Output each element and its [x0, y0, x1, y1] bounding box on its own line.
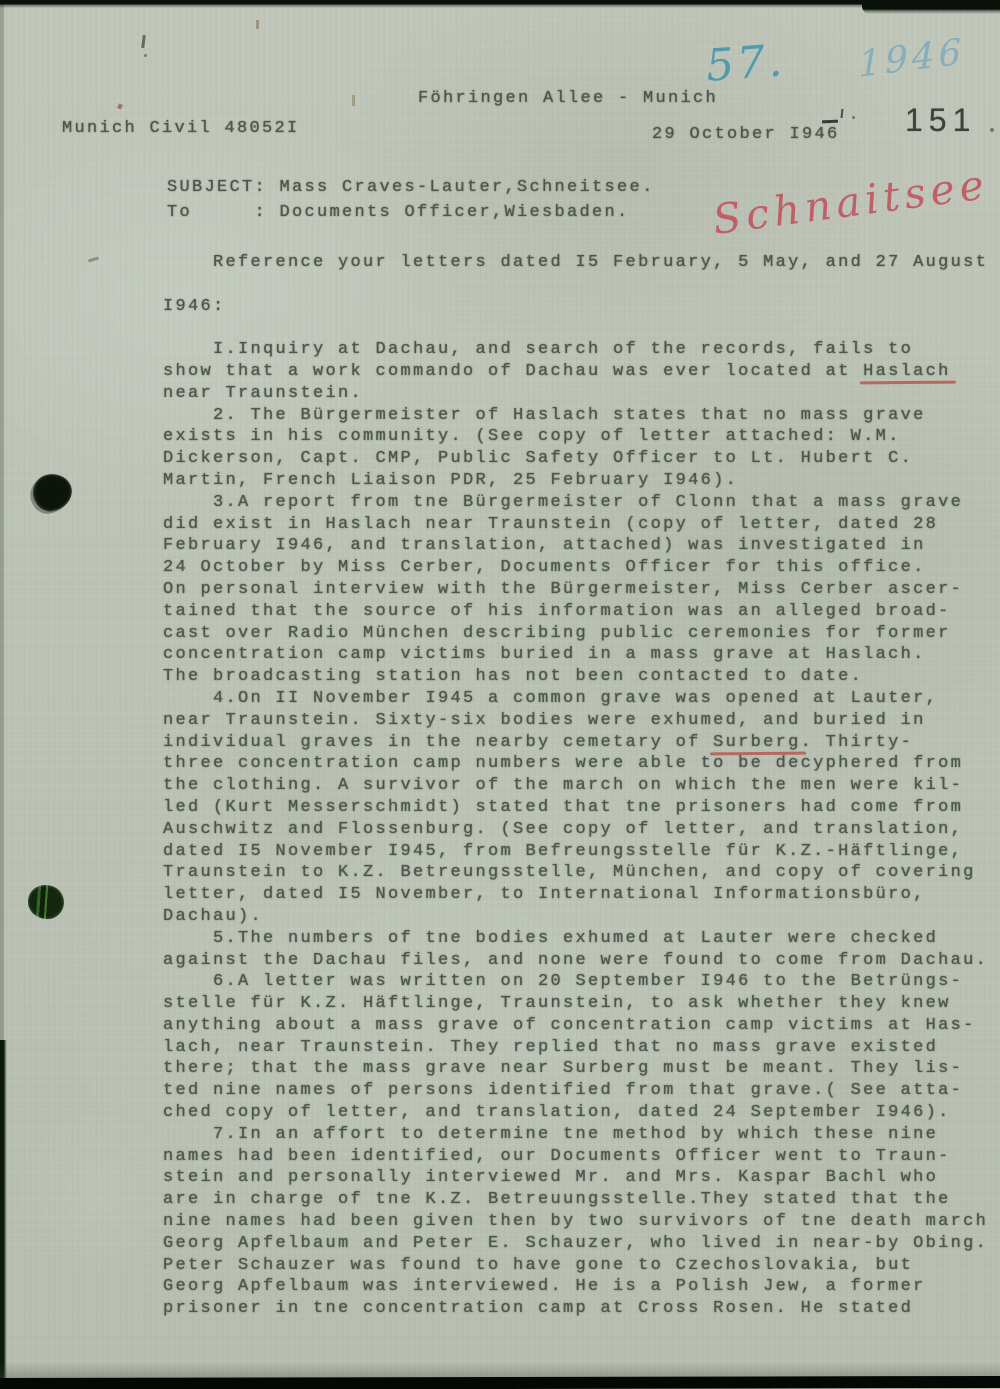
- body-line-text: February I946, and translation, attached…: [163, 536, 926, 555]
- body-line-text: individual graves in the nearby cemetary…: [163, 733, 713, 752]
- letterhead-address: Föhringen Allee - Munich: [418, 88, 718, 110]
- red-underlined-word: Surberg: [713, 733, 801, 752]
- body-line: 24 October by Miss Cerber, Documents Off…: [163, 557, 1000, 579]
- body-line-text: anything about a mass grave of concentra…: [163, 1016, 976, 1035]
- body-line: led (Kurt Messerschmidt) stated that tne…: [163, 797, 1000, 819]
- stamp-dot: [990, 128, 994, 132]
- body-line-text: the clothing. A survivor of the march on…: [163, 776, 963, 795]
- body-line-text: I946:: [163, 297, 226, 316]
- body-line-text: against the Dachau files, and none were …: [163, 951, 988, 970]
- body-line-text: 4.On II November I945 a common grave was…: [163, 689, 938, 708]
- body-line-text: stein and personally interviewed Mr. and…: [163, 1168, 938, 1187]
- body-line: cast over Radio München describing publi…: [163, 623, 1000, 645]
- body-line: stein and personally interviewed Mr. and…: [163, 1167, 1000, 1189]
- body-line: 7.In an affort to determine tne method b…: [163, 1124, 1000, 1146]
- pencil-dash-mark: [822, 120, 838, 124]
- body-line-text: lach, near Traunstein. They replied that…: [163, 1038, 938, 1057]
- ink-speck: [141, 35, 146, 48]
- body-line-text: names had been identified, our Documents…: [163, 1147, 951, 1166]
- body-line-text: . Thirty-: [801, 733, 914, 752]
- body-line-text: ted nine names of persons identified fro…: [163, 1081, 963, 1100]
- page-edge-bottom: [0, 1376, 1000, 1389]
- pencil-tick-mark: [841, 109, 844, 118]
- page-edge-top: [0, 0, 1000, 8]
- body-line: Dickerson, Capt. CMP, Public Safety Offi…: [163, 448, 1000, 470]
- body-line: near Traunstein. Sixty-six bodies were e…: [163, 710, 1000, 732]
- body-line-text: led (Kurt Messerschmidt) stated that tne…: [163, 798, 963, 817]
- body-line: names had been identified, our Documents…: [163, 1146, 1000, 1168]
- body-line-text: near Traunstein. Sixty-six bodies were e…: [163, 711, 926, 730]
- body-line: ted nine names of persons identified fro…: [163, 1080, 1000, 1102]
- rust-speck: [117, 103, 123, 109]
- body-line: [163, 274, 1000, 296]
- body-line-text: Reference your letters dated I5 February…: [163, 253, 988, 272]
- scanned-letter-page: 57. 1946 151 Schnaitsee Föhringen Allee …: [0, 0, 1000, 1389]
- body-line: I.Inquiry at Dachau, and search of the r…: [163, 339, 1000, 361]
- body-line-text: 2. The Bürgermeister of Haslach states t…: [163, 406, 926, 425]
- body-line: 3.A report from tne Bürgermeister of Clo…: [163, 492, 1000, 514]
- body-line: 5.The numbers of tne bodies exhumed at L…: [163, 928, 1000, 950]
- punch-hole-bottom: [27, 884, 65, 920]
- subject-line: SUBJECT: Mass Craves-Lauter,Schneitsee.: [167, 177, 655, 199]
- body-line-text: there; that the mass grave near Surberg …: [163, 1059, 963, 1078]
- body-line-text: I.Inquiry at Dachau, and search of the r…: [163, 340, 913, 359]
- body-line: 4.On II November I945 a common grave was…: [163, 688, 1000, 710]
- body-line: nine names had been given then by two su…: [163, 1211, 1000, 1233]
- body-line: did exist in Haslach near Traunstein (co…: [163, 514, 1000, 536]
- body-line: Auschwitz and Flossenburg. (See copy of …: [163, 819, 1000, 841]
- body-line: three concentration camp numbers were ab…: [163, 753, 1000, 775]
- body-line-text: 6.A letter was written on 20 September I…: [163, 972, 963, 991]
- body-line: the clothing. A survivor of the march on…: [163, 775, 1000, 797]
- body-line: 2. The Bürgermeister of Haslach states t…: [163, 405, 1000, 427]
- reference-number: Munich Civil 48052I: [62, 118, 300, 140]
- body-text: Reference your letters dated I5 February…: [163, 252, 1000, 1320]
- body-line: show that a work commando of Dachau was …: [163, 361, 1000, 383]
- body-line-text: On personal interview with the Bürgermei…: [163, 580, 963, 599]
- body-line-text: 5.The numbers of tne bodies exhumed at L…: [163, 929, 938, 948]
- page-number-stamp: 151: [905, 102, 976, 139]
- body-line: On personal interview with the Bürgermei…: [163, 579, 1000, 601]
- body-line: 6.A letter was written on 20 September I…: [163, 971, 1000, 993]
- body-line: against the Dachau files, and none were …: [163, 950, 1000, 972]
- body-line: Reference your letters dated I5 February…: [163, 252, 1000, 274]
- body-line-text: 3.A report from tne Bürgermeister of Clo…: [163, 493, 963, 512]
- body-line-text: Martin, French Liaison PDR, 25 February …: [163, 471, 738, 490]
- body-line: Georg Apfelbaum and Peter E. Schauzer, w…: [163, 1233, 1000, 1255]
- ink-speck: [144, 54, 147, 57]
- body-line-text: dated I5 November I945, from Befreungsst…: [163, 842, 963, 861]
- body-line: The broadcasting station has not been co…: [163, 666, 1000, 688]
- body-line-text: Dickerson, Capt. CMP, Public Safety Offi…: [163, 449, 913, 468]
- body-line: Martin, French Liaison PDR, 25 February …: [163, 470, 1000, 492]
- body-line: there; that the mass grave near Surberg …: [163, 1058, 1000, 1080]
- to-line: To : Documents Officer,Wiesbaden.: [167, 202, 630, 224]
- body-line-text: cast over Radio München describing publi…: [163, 624, 951, 643]
- body-line-text: stelle für K.Z. Häftlinge, Traunstein, t…: [163, 994, 951, 1013]
- body-line: tained that the source of his informatio…: [163, 601, 1000, 623]
- body-line: stelle für K.Z. Häftlinge, Traunstein, t…: [163, 993, 1000, 1015]
- handwritten-blue-year: 1946: [858, 31, 966, 85]
- body-line-text: Georg Apfelbaum and Peter E. Schauzer, w…: [163, 1234, 988, 1253]
- body-line-text: near Traunstein.: [163, 384, 363, 403]
- body-line: dated I5 November I945, from Befreungsst…: [163, 841, 1000, 863]
- body-line-text: tained that the source of his informatio…: [163, 602, 951, 621]
- body-line: anything about a mass grave of concentra…: [163, 1015, 1000, 1037]
- body-line: ched copy of letter, and translation, da…: [163, 1102, 1000, 1124]
- body-line: near Traunstein.: [163, 383, 1000, 405]
- body-line-text: 24 October by Miss Cerber, Documents Off…: [163, 558, 926, 577]
- body-line-text: Georg Apfelbaum was interviewed. He is a…: [163, 1277, 926, 1296]
- body-line: lach, near Traunstein. They replied that…: [163, 1037, 1000, 1059]
- date-line: 29 October I946: [652, 124, 840, 146]
- body-line-text: Peter Schauzer was found to have gone to…: [163, 1256, 913, 1275]
- paper-fiber-speck: [256, 20, 259, 29]
- body-line: I946:: [163, 296, 1000, 318]
- body-line: individual graves in the nearby cemetary…: [163, 732, 1000, 754]
- body-line-text: concentration camp victims buried in a m…: [163, 645, 926, 664]
- body-line-text: The broadcasting station has not been co…: [163, 667, 863, 686]
- punch-hole-top: [30, 471, 74, 514]
- red-underlined-word: Haslach: [863, 362, 951, 381]
- body-line-text: show that a work commando of Dachau was …: [163, 362, 863, 381]
- body-line: Peter Schauzer was found to have gone to…: [163, 1255, 1000, 1277]
- pencil-dot-mark: [852, 116, 855, 119]
- body-line-text: prisoner in tne concentration camp at Cr…: [163, 1299, 913, 1318]
- body-line-text: ched copy of letter, and translation, da…: [163, 1103, 951, 1122]
- body-line: February I946, and translation, attached…: [163, 535, 1000, 557]
- body-line: are in charge of tne K.Z. Betreuungsstel…: [163, 1189, 1000, 1211]
- body-line-text: Dachau).: [163, 907, 263, 926]
- body-line-text: Traunstein to K.Z. Betreungsstelle, Münc…: [163, 863, 976, 882]
- body-line: letter, dated I5 November, to Internatio…: [163, 884, 1000, 906]
- body-line: prisoner in tne concentration camp at Cr…: [163, 1298, 1000, 1320]
- body-line-text: three concentration camp numbers were ab…: [163, 754, 963, 773]
- body-line-text: did exist in Haslach near Traunstein (co…: [163, 515, 938, 534]
- body-line: Georg Apfelbaum was interviewed. He is a…: [163, 1276, 1000, 1298]
- body-line: concentration camp victims buried in a m…: [163, 644, 1000, 666]
- page-edge-top-right: [862, 0, 1000, 14]
- body-line-text: 7.In an affort to determine tne method b…: [163, 1125, 938, 1144]
- paper-fiber-speck: [352, 95, 355, 106]
- body-line-text: Auschwitz and Flossenburg. (See copy of …: [163, 820, 963, 839]
- body-line-text: letter, dated I5 November, to Internatio…: [163, 885, 926, 904]
- body-line: Dachau).: [163, 906, 1000, 928]
- body-line-text: are in charge of tne K.Z. Betreuungsstel…: [163, 1190, 951, 1209]
- body-line: [163, 317, 1000, 339]
- body-line: exists in his community. (See copy of le…: [163, 426, 1000, 448]
- body-line-text: exists in his community. (See copy of le…: [163, 427, 901, 446]
- body-line-text: nine names had been given then by two su…: [163, 1212, 988, 1231]
- handwritten-red-annotation: Schnaitsee: [710, 160, 991, 244]
- body-line: Traunstein to K.Z. Betreungsstelle, Münc…: [163, 862, 1000, 884]
- pencil-speck: [88, 256, 99, 262]
- page-edge-left: [0, 1040, 7, 1389]
- handwritten-blue-number: 57.: [704, 35, 786, 91]
